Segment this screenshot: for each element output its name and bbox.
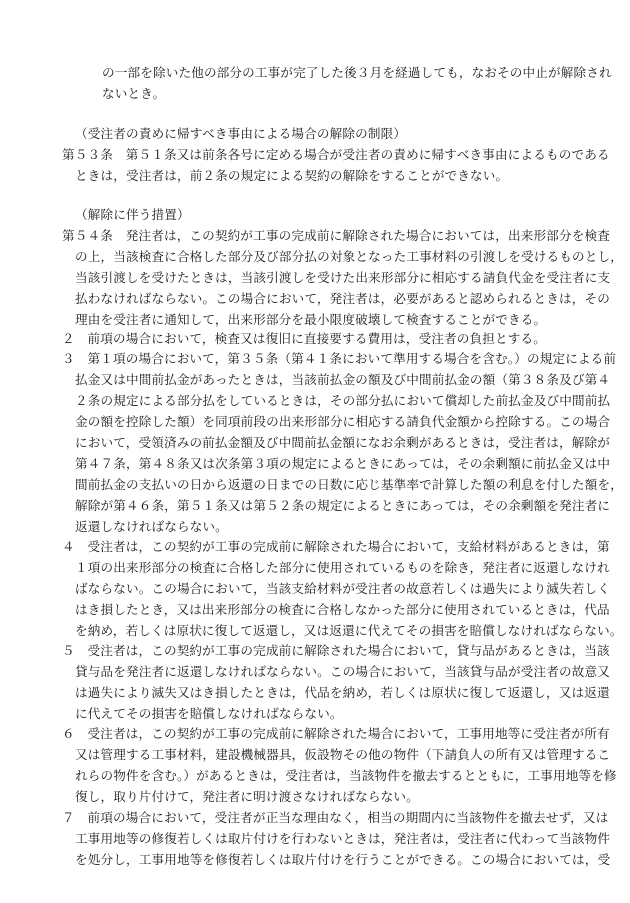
article-54-para-5-line: に代えてその損害を賠償しなければならない。 (75, 704, 343, 723)
article-54-para-6-line: れらの物件を含む。）があるときは，受注者は，当該物件を撤去するとともに，工事用地… (75, 766, 617, 785)
article-54-para-6-line: 復し，取り片付けて，発注者に明け渡さなければならない。 (75, 787, 419, 806)
article-54-para-3-line: 第４７条，第４８条又は次条第３項の規定によるときにあっては，その余剰額に前払金又… (75, 454, 610, 473)
article-54-para-3-line: 払金又は中間前払金があったときは，当該前払金の額及び中間前払金の額（第３８条及び… (75, 370, 610, 389)
article-54-para-4-line: ばならない。この場合において，当該支給材料が受注者の故意若しくは過失により滅失若… (75, 579, 610, 598)
article-54-para-1-line: 理由を受注者に通知して，出来形部分を最小限度破壊して検査することができる。 (75, 310, 546, 329)
article-54-heading: （解除に伴う措置） (75, 205, 190, 224)
article-54-para-6-line: ６ 受注者は，この契約が工事の完成前に解除された場合において，工事用地等に受注者… (62, 724, 610, 743)
article-54-para-7-line: を処分し，工事用地等を修復若しくは取片付けを行うことができる。この場合においては… (75, 850, 610, 869)
article-54-para-3-line: ２条の規定による部分払をしているときは，その部分払において償却した前払金及び中間… (75, 391, 610, 410)
article-54-para-2-line: ２ 前項の場合において，検査又は復旧に直接要する費用は，受注者の負担とする。 (62, 329, 546, 348)
article-54-para-4-line: はき損したとき，又は出来形部分の検査に合格しなかった部分に使用されているときは，… (75, 600, 610, 619)
article-53-heading: （受注者の責めに帰すべき事由による場合の解除の制限） (75, 124, 406, 143)
continuation-line: ないとき。 (102, 84, 165, 103)
article-54-para-3-line: ３ 第１項の場合において，第３５条（第４１条において準用する場合を含む。）の規定… (62, 349, 616, 368)
article-54-para-1-line: 当該引渡しを受けたときは，当該引渡しを受けた出来形部分に相応する請負代金を受注者… (75, 268, 610, 287)
article-54-para-5-line: は過失により滅失又はき損したときは，代品を納め，若しくは原状に復して返還し，又は… (75, 683, 610, 702)
article-54-para-3-line: において，受領済みの前払金額及び中間前払金額になお余剰があるときは，受注者は，解… (75, 433, 610, 452)
document-page: の一部を除いた他の部分の工事が完了した後３月を経過しても，なおその中止が解除され… (0, 0, 630, 903)
article-54-para-3-line: 返還しなければならない。 (75, 517, 228, 536)
article-54-para-3-line: 間前払金の支払いの日から返還の日までの日数に応じ基準率で計算した額の利息を付した… (75, 475, 623, 494)
article-54-para-4-line: １項の出来形部分の検査に合格した部分に使用されているものを除き，発注者に返還しな… (75, 558, 610, 577)
continuation-line: の一部を除いた他の部分の工事が完了した後３月を経過しても，なおその中止が解除され (102, 63, 612, 82)
article-54-para-3-line: 解除が第４６条，第５１条又は第５２条の規定によるときにあっては，その余剰額を発注… (75, 496, 610, 515)
article-54-para-4-line: ４ 受注者は，この契約が工事の完成前に解除された場合において，支給材料があるとき… (62, 537, 610, 556)
article-54-para-1-line: の上，当該検査に合格した部分及び部分払の対象となった工事材料の引渡しを受けるもの… (75, 247, 623, 266)
article-53-line: 第５３条 第５１条又は前条各号に定める場合が受注者の責めに帰すべき事由によるもの… (62, 145, 610, 164)
article-54-para-1-line: 第５４条 発注者は，この契約が工事の完成前に解除された場合においては，出来形部分… (62, 226, 610, 245)
article-54-para-4-line: を納め，若しくは原状に復して返還し，又は返還に代えてその損害を賠償しなければなら… (75, 621, 622, 640)
article-54-para-7-line: 工事用地等の修復若しくは取片付けを行わないときは，発注者は，受注者に代わって当該… (75, 829, 610, 848)
article-54-para-5-line: 貸与品を発注者に返還しなければならない。この場合において，当該貸与品が受注者の故… (75, 662, 610, 681)
article-54-para-3-line: 金の額を控除した額）を同項前段の出来形部分に相応する請負代金額から控除する。この… (75, 412, 610, 431)
article-54-para-6-line: 又は管理する工事材料，建設機械器具，仮設物その他の物件（下請負人の所有又は管理す… (75, 745, 610, 764)
article-54-para-5-line: ５ 受注者は，この契約が工事の完成前に解除された場合において，貸与品があるときは… (62, 641, 610, 660)
article-54-para-7-line: ７ 前項の場合において，受注者が正当な理由なく，相当の期間内に当該物件を撤去せず… (62, 808, 608, 827)
article-54-para-1-line: 払わなければならない。この場合において，発注者は，必要があると認められるときは，… (75, 289, 610, 308)
article-53-line: ときは，受注者は，前２条の規定による契約の解除をすることができない。 (75, 166, 508, 185)
